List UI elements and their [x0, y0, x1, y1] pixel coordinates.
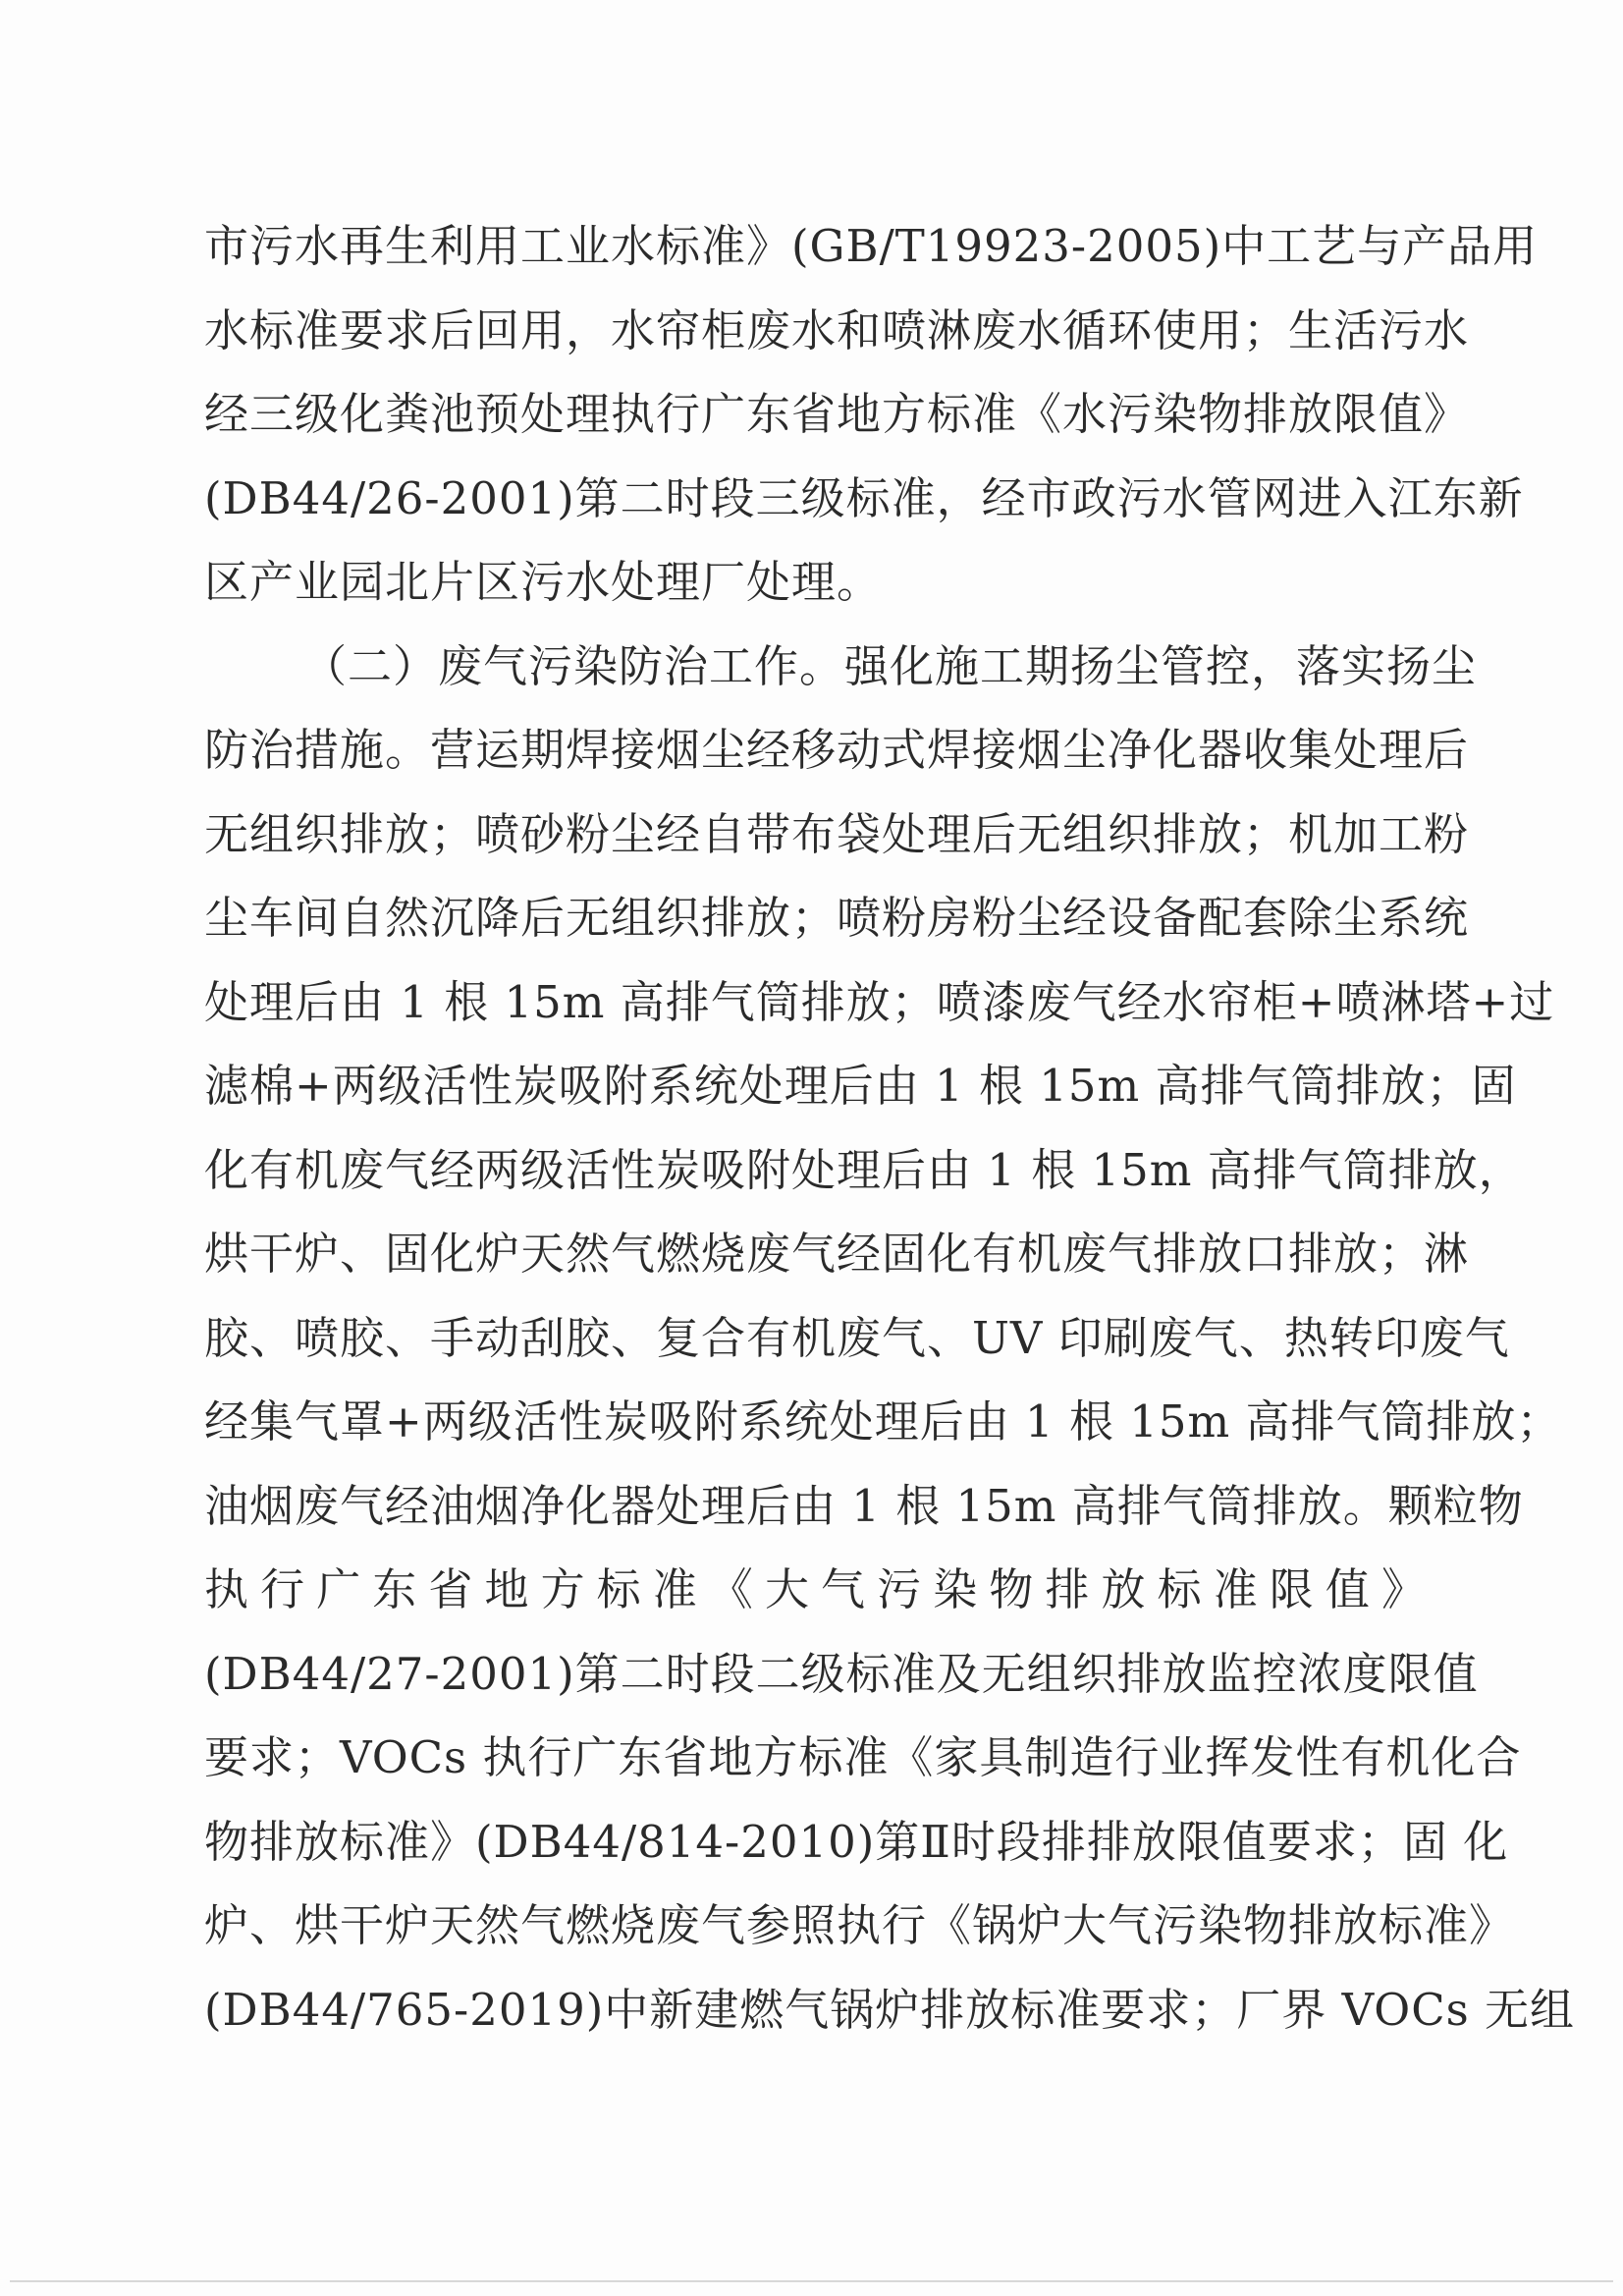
section-heading-line: （二）废气污染防治工作。强化施工期扬尘管控，落实扬尘 [204, 625, 1427, 709]
text-line: (DB44/27-2001)第二时段二级标准及无组织排放监控浓度限值 [204, 1632, 1427, 1717]
text-line: (DB44/26-2001)第二时段三级标准，经市政污水管网进入江东新 [204, 457, 1427, 541]
text-line: 防治措施。营运期焊接烟尘经移动式焊接烟尘净化器收集处理后 [204, 708, 1427, 793]
text-line: 烘干炉、固化炉天然气燃烧废气经固化有机废气排放口排放；淋 [204, 1212, 1427, 1296]
text-line: (DB44/765-2019)中新建燃气锅炉排放标准要求；厂界 VOCs 无组 [204, 1968, 1427, 2052]
text-line: 滤棉+两级活性炭吸附系统处理后由 1 根 15m 高排气筒排放；固 [204, 1044, 1427, 1128]
text-line: 经集气罩+两级活性炭吸附系统处理后由 1 根 15m 高排气筒排放； [204, 1380, 1427, 1464]
text-line: 化有机废气经两级活性炭吸附处理后由 1 根 15m 高排气筒排放， [204, 1128, 1427, 1213]
text-line: 区产业园北片区污水处理厂处理。 [204, 540, 1427, 625]
text-line: 要求；VOCs 执行广东省地方标准《家具制造行业挥发性有机化合 [204, 1716, 1427, 1800]
text-line: 执行广东省地方标准《大气污染物排放标准限值》 [204, 1548, 1427, 1632]
text-line: 处理后由 1 根 15m 高排气筒排放；喷漆废气经水帘柜+喷淋塔+过 [204, 960, 1427, 1045]
text-line: 胶、喷胶、手动刮胶、复合有机废气、UV 印刷废气、热转印废气 [204, 1296, 1427, 1381]
text-line: 油烟废气经油烟净化器处理后由 1 根 15m 高排气筒排放。颗粒物 [204, 1464, 1427, 1549]
text-line: 水标准要求后回用，水帘柜废水和喷淋废水循环使用；生活污水 [204, 289, 1427, 373]
scan-edge-divider [10, 2280, 1613, 2282]
document-page: 市污水再生利用工业水标准》(GB/T19923-2005)中工艺与产品用 水标准… [0, 0, 1623, 2296]
text-line: 无组织排放；喷砂粉尘经自带布袋处理后无组织排放；机加工粉 [204, 793, 1427, 877]
text-line: 物排放标准》(DB44/814-2010)第Ⅱ时段排排放限值要求；固 化 [204, 1800, 1427, 1885]
text-line: 尘车间自然沉降后无组织排放；喷粉房粉尘经设备配套除尘系统 [204, 876, 1427, 960]
text-line: 炉、烘干炉天然气燃烧废气参照执行《锅炉大气污染物排放标准》 [204, 1884, 1427, 1968]
text-line: 市污水再生利用工业水标准》(GB/T19923-2005)中工艺与产品用 [204, 204, 1427, 289]
body-text: 市污水再生利用工业水标准》(GB/T19923-2005)中工艺与产品用 水标准… [204, 204, 1427, 2051]
text-line: 经三级化粪池预处理执行广东省地方标准《水污染物排放限值》 [204, 372, 1427, 457]
